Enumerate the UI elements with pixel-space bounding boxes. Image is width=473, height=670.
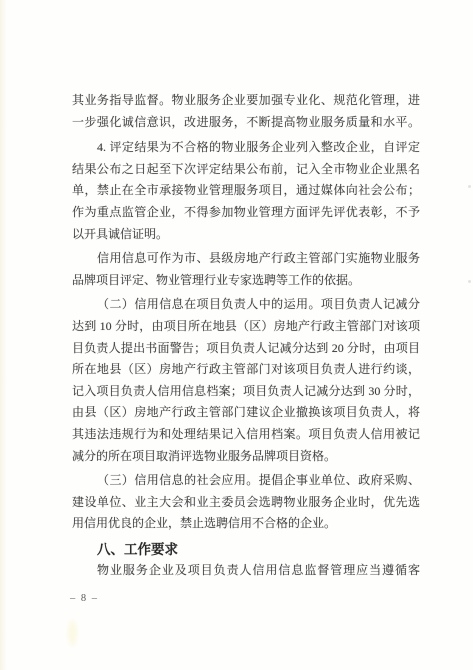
text-line: 结果公布之日起至下次评定结果公布前，记入全市物业企业黑名: [72, 159, 420, 181]
text-line: 用信用优良的企业，禁止选聘信用不合格的企业。: [72, 513, 420, 535]
text-line: 其违法违规行为和处理结果记入信用档案。项目负责人信用被记: [72, 424, 420, 446]
text-line: 其业务指导监督。物业服务企业要加强专业化、规范化管理，进: [72, 90, 420, 112]
text-line: 由县（区）房地产行政主管部门建议企业撤换该项目负责人，将: [72, 402, 420, 424]
text-line: 以开具诚信证明。: [72, 224, 420, 246]
text-line: 单，禁止在全市承接物业管理服务项目，通过媒体向社会公布；: [72, 180, 420, 202]
text-line: 物业服务企业及项目负责人信用信息监督管理应当遵循客: [72, 560, 420, 582]
text-line: 信用信息可作为市、县级房地产行政主管部门实施物业服务: [72, 248, 420, 270]
section-heading: 八、工作要求: [72, 539, 420, 561]
scan-smudge: [68, 620, 77, 646]
text-line: 记入项目负责人信用信息档案；项目负责人记减分达到 30 分时，: [72, 381, 420, 403]
page-number: – 8 –: [70, 593, 99, 604]
section-heading-text: 八、工作要求: [72, 539, 420, 561]
document-page-body: 其业务指导监督。物业服务企业要加强专业化、规范化管理，进 一步强化诚信意识，改进…: [72, 90, 420, 582]
paragraph: 4. 评定结果为不合格的物业服务企业列入整改企业，自评定 结果公布之日起至下次评…: [72, 137, 420, 245]
text-line: （三）信用信息的社会应用。提倡企事业单位、政府采购、: [72, 470, 420, 492]
paragraph: 其业务指导监督。物业服务企业要加强专业化、规范化管理，进 一步强化诚信意识，改进…: [72, 90, 420, 133]
paragraph: 信用信息可作为市、县级房地产行政主管部门实施物业服务 品牌项目评定、物业管理行业…: [72, 248, 420, 291]
text-line: 减分的所在项目取消评选物业服务品牌项目资格。: [72, 446, 420, 468]
paragraph: （三）信用信息的社会应用。提倡企事业单位、政府采购、 建设单位、业主大会和业主委…: [72, 470, 420, 535]
text-line: 建设单位、业主大会和业主委员会选聘物业服务企业时，优先选: [72, 492, 420, 514]
text-line: （二）信用信息在项目负责人中的运用。项目负责人记减分: [72, 294, 420, 316]
paragraph: （二）信用信息在项目负责人中的运用。项目负责人记减分 达到 10 分时，由项目所…: [72, 294, 420, 467]
text-line: 达到 10 分时，由项目所在地县（区）房地产行政主管部门对该项: [72, 316, 420, 338]
text-line: 一步强化诚信意识，改进服务，不断提高物业服务质量和水平。: [72, 112, 420, 134]
text-line: 品牌项目评定、物业管理行业专家选聘等工作的依据。: [72, 270, 420, 292]
scan-speck: [468, 185, 471, 188]
scan-edge-tint: [0, 0, 7, 670]
paragraph: 物业服务企业及项目负责人信用信息监督管理应当遵循客: [72, 560, 420, 582]
text-line: 4. 评定结果为不合格的物业服务企业列入整改企业，自评定: [72, 137, 420, 159]
scan-speck: [468, 280, 471, 283]
text-line: 所在地县（区）房地产行政主管部门对该项目负责人进行约谈，: [72, 359, 420, 381]
text-line: 作为重点监管企业，不得参加物业管理方面评先评优表彰，不予: [72, 202, 420, 224]
text-line: 目负责人提出书面警告；项目负责人记减分达到 20 分时，由项目: [72, 338, 420, 360]
